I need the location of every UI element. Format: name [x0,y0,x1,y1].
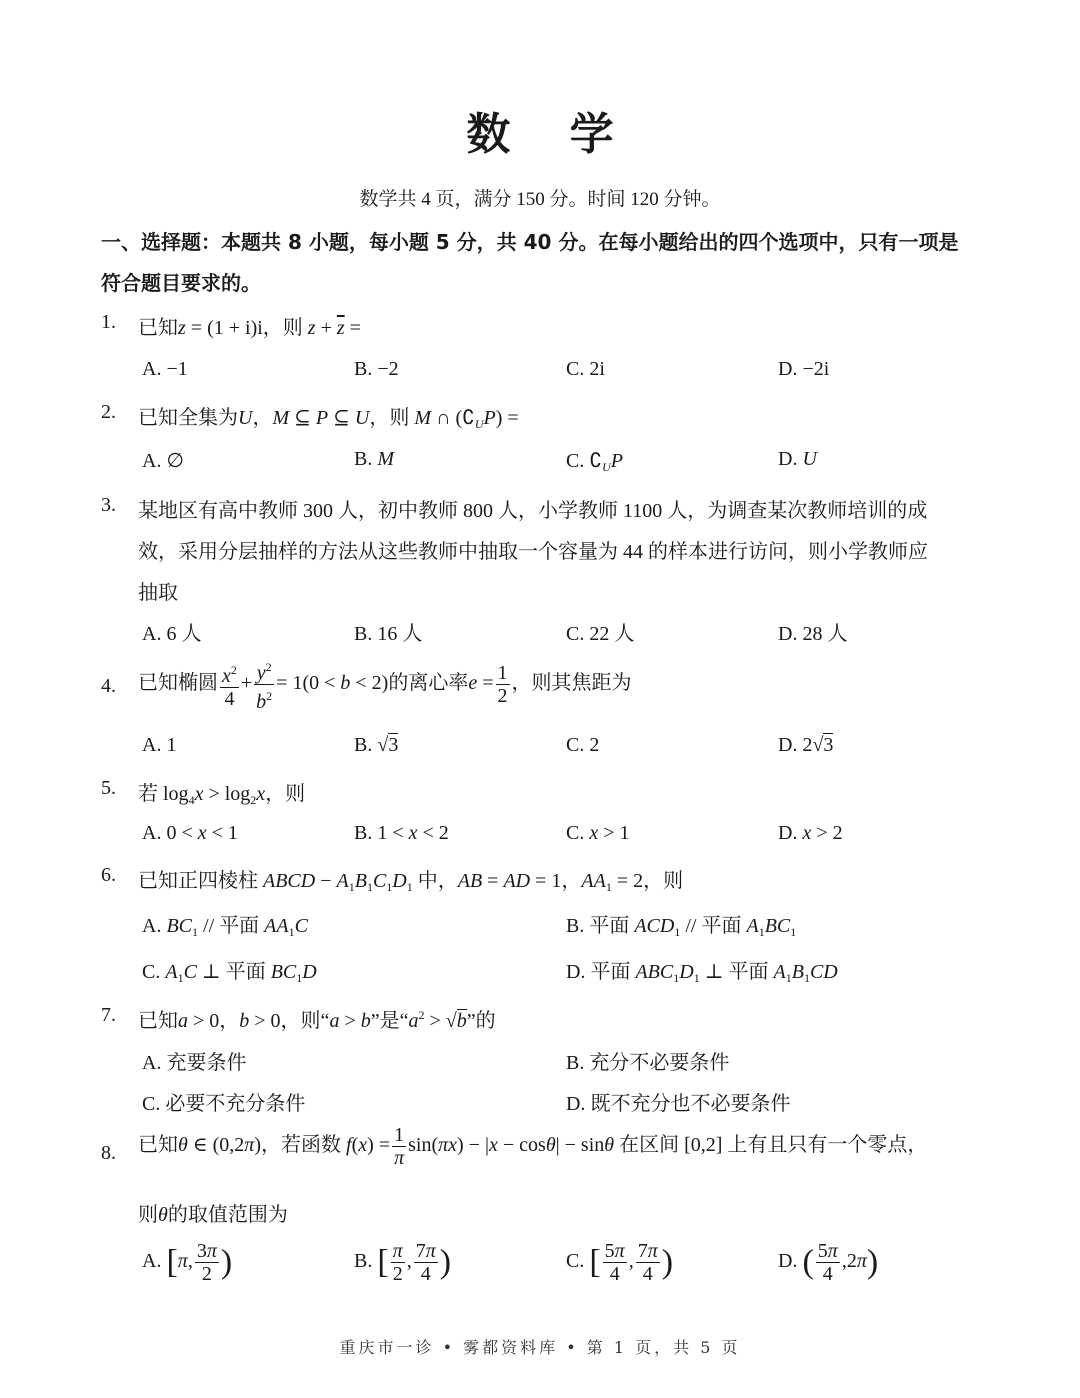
question-number: 1. [101,311,116,334]
page-title: 数 学 [0,98,1080,162]
exam-info: 数学共 4 页，满分 150 分。时间 120 分钟。 [0,184,1080,211]
option-d[interactable]: D. x > 2 [778,822,843,845]
question-stem: 已知a > 0，b > 0，则“a > b”是“a2 > √b”的 [138,1004,496,1033]
option-b[interactable]: B. −2 [354,358,399,381]
option-c[interactable]: C. 2i [566,358,605,381]
stem-text: ，则其焦距为 [512,672,632,694]
question-number: 3. [101,494,116,517]
question-number: 7. [101,1004,116,1027]
question-stem: 已知全集为U，M ⊆ P ⊆ U，则 M ∩ (∁UP) = [138,401,519,432]
option-a[interactable]: A. 充要条件 [142,1046,246,1075]
option-d[interactable]: D. 2√3 [778,734,833,757]
option-a[interactable]: A. [π,3π2) [142,1240,232,1285]
fraction: 1π [392,1124,406,1169]
question-stem-line3: 抽取 [138,576,178,605]
fraction: x24 [220,659,239,710]
question-stem: 已知正四棱柱 ABCD − A1B1C1D1 中，AB = AD = 1，AA1… [138,864,683,895]
question-stem-line1: 已知θ ∈ (0,2π)，若函数 f(x) =1πsin(πx) − |x − … [138,1124,927,1169]
question-number: 6. [101,864,116,887]
question-stem: 若 log4x > log2x，则 [138,777,305,808]
option-a[interactable]: A. −1 [142,358,188,381]
option-d[interactable]: D. U [778,448,817,471]
option-d[interactable]: D. 既不充分也不必要条件 [566,1087,790,1116]
option-c[interactable]: C. 22 人 [566,617,634,646]
option-a[interactable]: A. 0 < x < 1 [142,822,238,845]
question-number: 5. [101,777,116,800]
option-c[interactable]: C. 必要不充分条件 [142,1087,305,1116]
option-b[interactable]: B. 1 < x < 2 [354,822,449,845]
question-stem-line2: 则θ的取值范围为 [138,1198,288,1227]
option-d[interactable]: D. 平面 ABC1D1 ⊥ 平面 A1B1CD [566,955,838,986]
option-c[interactable]: C. x > 1 [566,822,630,845]
page-footer: 重庆市一诊 • 雾都资料库 • 第 1 页，共 5 页 [0,1335,1080,1358]
option-b[interactable]: B. 充分不必要条件 [566,1046,729,1075]
question-stem-line2: 效，采用分层抽样的方法从这些教师中抽取一个容量为 44 的样本进行访问，则小学教… [138,535,928,564]
section-heading-line2: 符合题目要求的。 [101,267,261,296]
stem-text: 已知椭圆 [138,672,218,694]
option-a[interactable]: A. ∅ [142,448,184,473]
option-a[interactable]: A. 6 人 [142,617,201,646]
option-a[interactable]: A. BC1 // 平面 AA1C [142,909,308,940]
option-c[interactable]: C. A1C ⊥ 平面 BC1D [142,955,317,986]
fraction: 12 [496,662,510,707]
question-stem: 已知z = (1 + i)i，则 z + z = [138,311,361,340]
option-b[interactable]: B. 平面 ACD1 // 平面 A1BC1 [566,909,796,940]
question-stem-line1: 某地区有高中教师 300 人，初中教师 800 人，小学教师 1100 人，为调… [138,494,927,523]
stem-text: 的离心率 [388,672,468,694]
fraction: y2b2 [254,656,274,713]
question-stem: 已知椭圆x24+y2b2= 1(0 < b < 2)的离心率e =12，则其焦距… [138,656,632,713]
option-d[interactable]: D. −2i [778,358,829,381]
option-c[interactable]: C. 2 [566,734,599,757]
option-b[interactable]: B. [π2,7π4) [354,1240,451,1285]
option-b[interactable]: B. √3 [354,734,398,757]
section-heading-line1: 一、选择题：本题共 8 小题，每小题 5 分，共 40 分。在每小题给出的四个选… [101,226,958,255]
question-number: 2. [101,401,116,424]
option-d[interactable]: D. (5π4,2π) [778,1240,878,1285]
option-a[interactable]: A. 1 [142,734,176,757]
option-d[interactable]: D. 28 人 [778,617,847,646]
option-c[interactable]: C. [5π4,7π4) [566,1240,673,1285]
option-b[interactable]: B. 16 人 [354,617,422,646]
question-number: 4. [101,675,116,698]
question-number: 8. [101,1142,116,1165]
option-b[interactable]: B. M [354,448,394,471]
option-c[interactable]: C. ∁UP [566,448,623,475]
